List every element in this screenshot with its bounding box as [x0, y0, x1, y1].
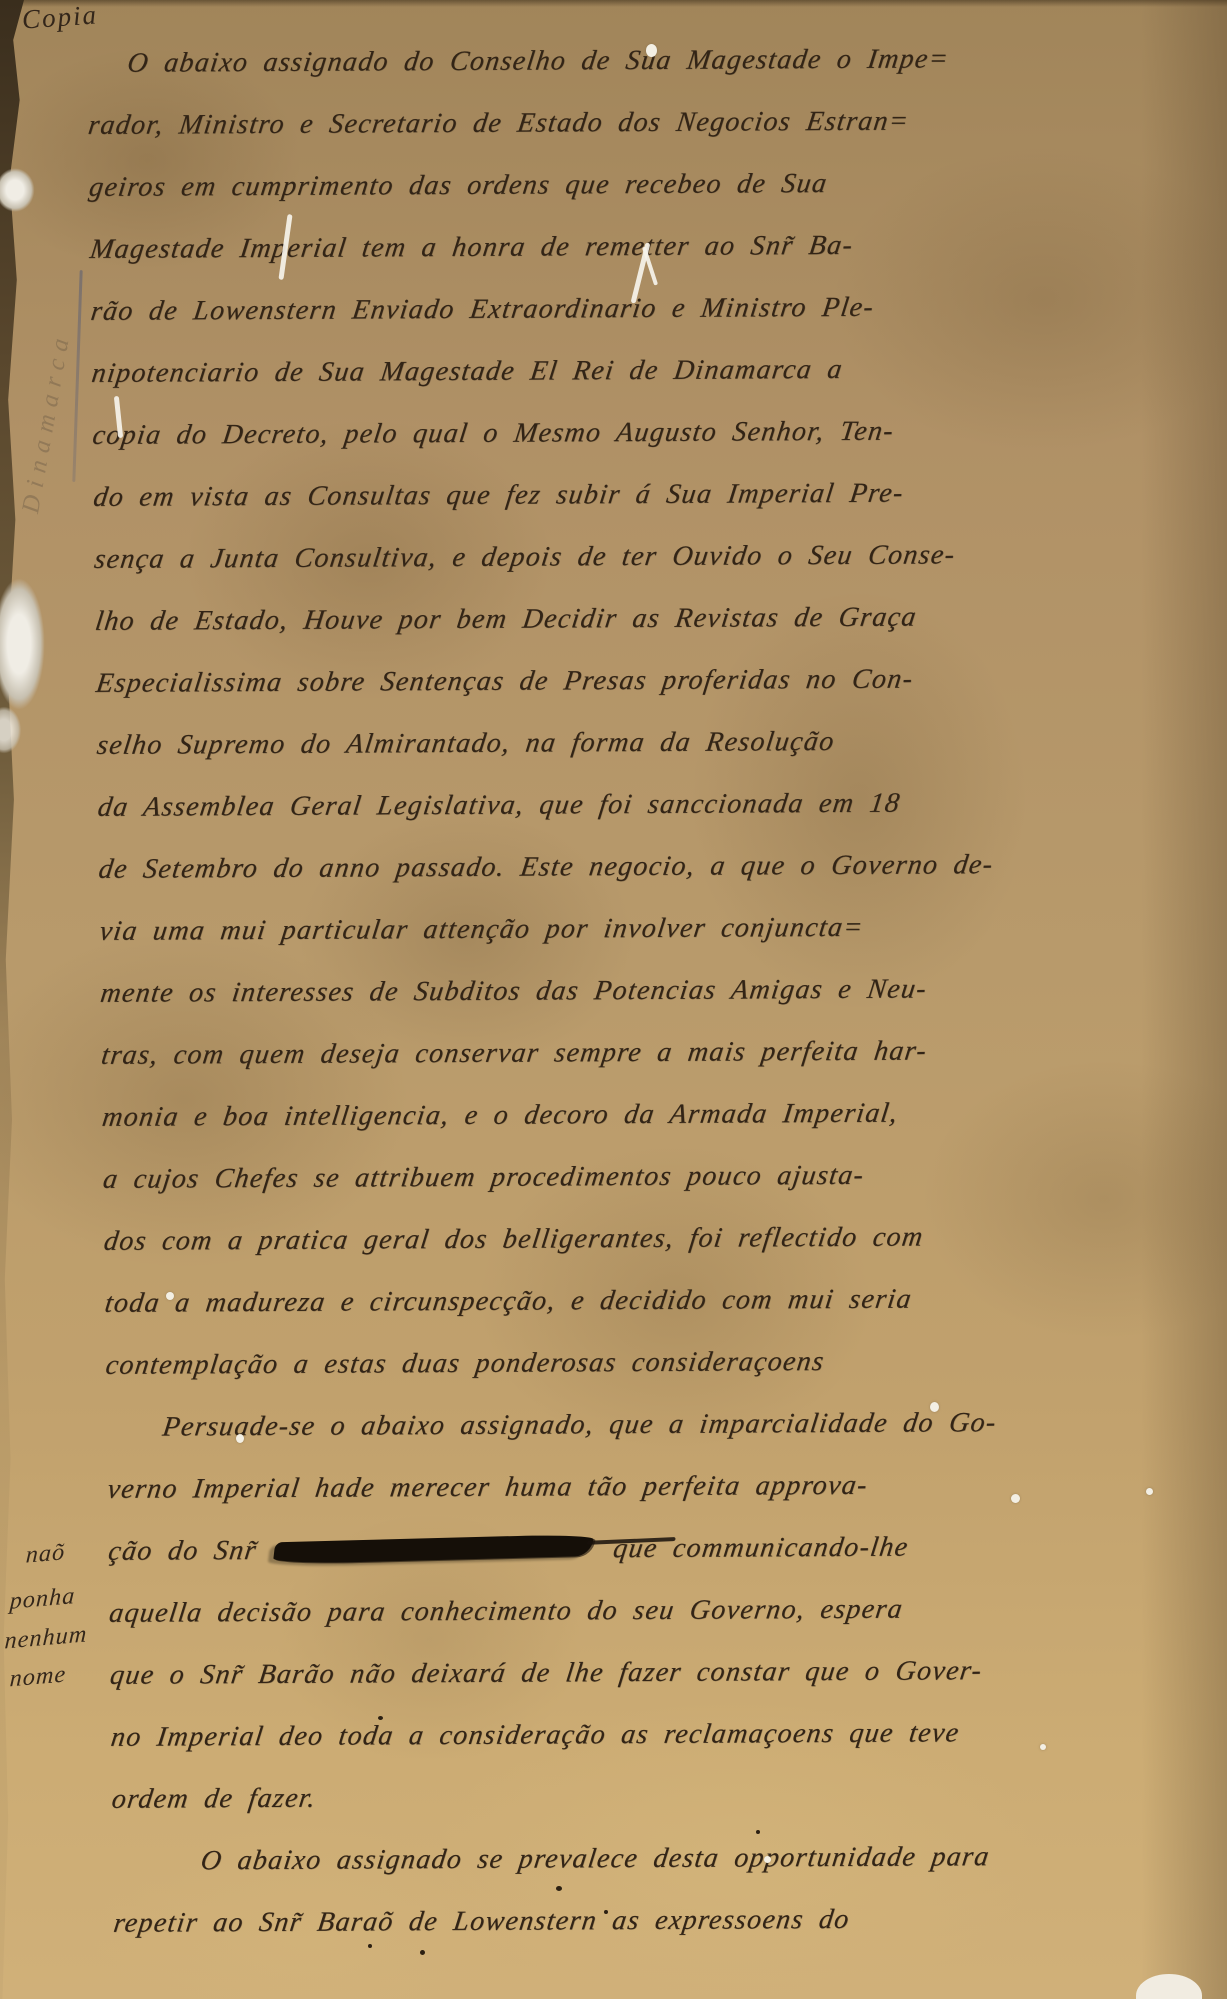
ink-splatter: [420, 1950, 425, 1955]
margin-note-line: nenhum: [4, 1621, 88, 1655]
manuscript-line: rador, Ministro e Secretario de Estado d…: [84, 89, 1212, 157]
redacted-line-suffix: que communicando-lhe: [596, 1532, 911, 1565]
paper-speck: [1040, 1744, 1046, 1750]
manuscript-page: Copia Dinamarca O abaixo assignado do Co…: [0, 0, 1227, 1999]
paper-speck: [236, 1434, 244, 1443]
manuscript-line: Especialissima sobre Sentenças de Presas…: [87, 647, 1215, 715]
manuscript-line: ordem de fazer.: [92, 1763, 1220, 1831]
ink-splatter: [556, 1886, 562, 1891]
manuscript-line: dos com a pratica geral dos belligerante…: [89, 1205, 1217, 1273]
manuscript-line: verno Imperial hade merecer huma tão per…: [91, 1453, 1219, 1521]
fold-mark: [72, 270, 82, 482]
redacted-line-prefix: ção do Snr̃: [106, 1535, 274, 1567]
manuscript-line: via uma mui particular attenção por invo…: [88, 895, 1216, 963]
manuscript-line: tras, com quem deseja conservar sempre a…: [88, 1019, 1216, 1087]
manuscript-line: O abaixo assignado do Conselho de Sua Ma…: [83, 27, 1211, 95]
vertical-margin-annotation: Dinamarca: [15, 316, 79, 528]
redaction-ink-blot: [273, 1534, 594, 1564]
ink-splatter: [604, 1910, 608, 1914]
paper-speck: [166, 1292, 174, 1300]
manuscript-line: da Assemblea Geral Legislativa, que foi …: [87, 771, 1215, 839]
paper-speck: [764, 1856, 771, 1863]
manuscript-line: de Setembro do anno passado. Este negoci…: [88, 833, 1216, 901]
manuscript-line: que o Snr̃ Barão não deixará de lhe faze…: [92, 1639, 1220, 1707]
ink-splatter: [756, 1830, 760, 1834]
manuscript-line: repetir ao Snr̃ Baraõ de Lowenstern as e…: [93, 1887, 1221, 1955]
manuscript-line: O abaixo assignado se prevalece desta op…: [93, 1825, 1221, 1893]
manuscript-line: a cujos Chefes se attribuem procedimento…: [89, 1143, 1217, 1211]
manuscript-line: Persuade-se o abaixo assignado, que a im…: [90, 1391, 1218, 1459]
margin-note-line: ponha: [9, 1583, 76, 1616]
manuscript-line: nipotenciario de Sua Magestade El Rei de…: [85, 337, 1213, 405]
manuscript-line: toda a madureza e circunspecção, e decid…: [90, 1267, 1218, 1335]
manuscript-body: O abaixo assignado do Conselho de Sua Ma…: [83, 27, 1213, 1955]
manuscript-line: contemplação a estas duas ponderosas con…: [90, 1329, 1218, 1397]
torn-left-edge: [0, 0, 24, 1999]
copia-label: Copia: [21, 0, 99, 36]
paper-speck: [930, 1402, 939, 1412]
ink-splatter: [368, 1944, 372, 1948]
manuscript-line: copia do Decreto, pelo qual o Mesmo Augu…: [85, 399, 1213, 467]
paper-speck: [1146, 1488, 1153, 1495]
manuscript-line: rão de Lowenstern Enviado Extraordinario…: [85, 275, 1213, 343]
manuscript-line: ção do Snr̃ que communicando-lhe: [91, 1515, 1219, 1583]
margin-note-line: nome: [9, 1662, 67, 1694]
ink-splatter: [378, 1716, 383, 1720]
manuscript-line: selho Supremo do Almirantado, na forma d…: [87, 709, 1215, 777]
manuscript-line: mente os interesses de Subditos das Pote…: [88, 957, 1216, 1025]
manuscript-line: lho de Estado, Houve por bem Decidir as …: [86, 585, 1214, 653]
paper-damage-spot: [0, 162, 40, 218]
manuscript-line: do em vista as Consultas que fez subir á…: [86, 461, 1214, 529]
manuscript-line: monia e boa intelligencia, e o decoro da…: [89, 1081, 1217, 1149]
manuscript-line: no Imperial deo toda a consideração as r…: [92, 1701, 1220, 1769]
manuscript-line: sença a Junta Consultiva, e depois de te…: [86, 523, 1214, 591]
manuscript-line: aquella decisão para conhecimento do seu…: [91, 1577, 1219, 1645]
manuscript-line: geiros em cumprimento das ordens que rec…: [84, 151, 1212, 219]
paper-speck: [1011, 1494, 1020, 1503]
paper-speck: [646, 44, 657, 57]
paper-damage-notch: [1136, 1974, 1202, 1999]
margin-note-line: naõ: [25, 1539, 66, 1569]
